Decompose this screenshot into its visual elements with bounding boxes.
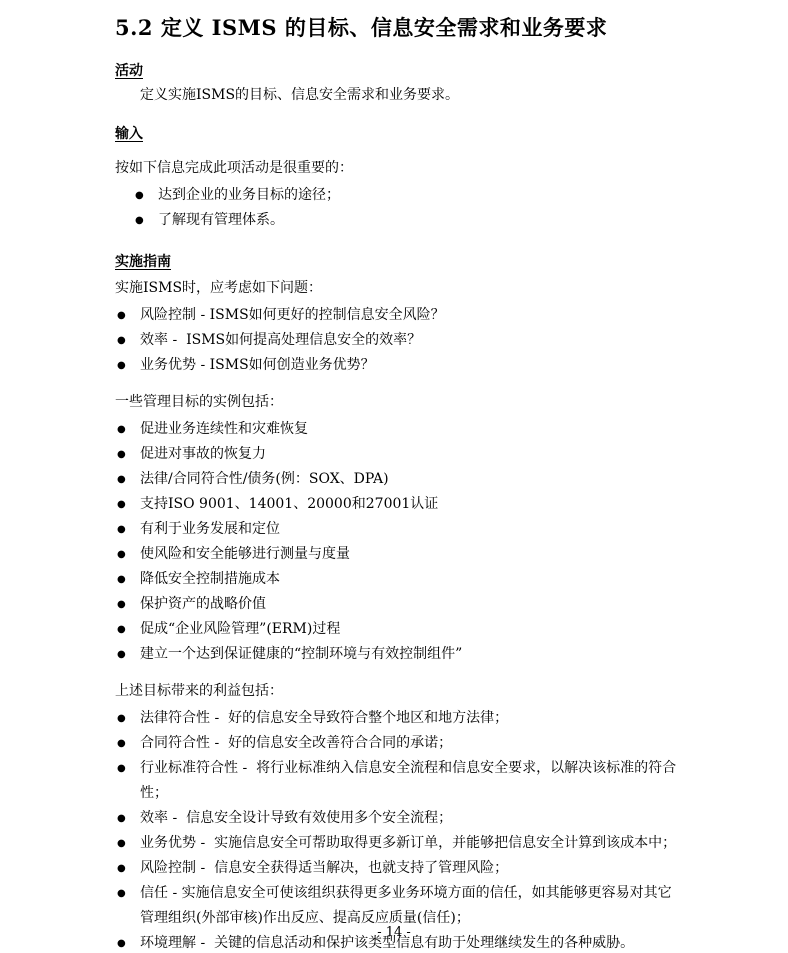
list-item: ●效率 - 信息安全设计导致有效使用多个安全流程； [115, 806, 677, 831]
list-item-text: 保护资产的战略价值 [140, 596, 266, 612]
list-item-text: 支持ISO 9001、14001、20000和27001认证 [140, 496, 438, 512]
list-item-text: 效率 - 信息安全设计导致有效使用多个安全流程； [140, 810, 452, 826]
list-item-text: 促进对事故的恢复力 [140, 446, 266, 462]
bullet-icon: ● [117, 567, 126, 592]
list-item: ●风险控制 - 信息安全获得适当解决，也就支持了管理风险； [115, 856, 677, 881]
bullet-icon: ● [135, 208, 144, 233]
list-item-text: 有利于业务发展和定位 [140, 521, 280, 537]
bullet-icon: ● [135, 183, 144, 208]
guidance-questions-list: ●风险控制 - ISMS如何更好的控制信息安全风险？ ●效率 - ISMS如何提… [115, 303, 677, 378]
input-intro: 按如下信息完成此项活动是很重要的： [115, 159, 677, 178]
list-item-text: 促成“企业风险管理”(ERM)过程 [140, 621, 340, 637]
document-content: 5.2 定义 ISMS 的目标、信息安全需求和业务要求 活动 定义实施ISMS的… [115, 0, 677, 953]
list-item: ●保护资产的战略价值 [115, 592, 677, 617]
list-item-text: 了解现有管理体系。 [158, 212, 284, 228]
list-item: ●业务优势 - 实施信息安全可帮助取得更多新订单，并能够把信息安全计算到该成本中… [115, 831, 677, 856]
list-item-text: 风险控制 - 信息安全获得适当解决，也就支持了管理风险； [140, 860, 508, 876]
list-item-text: 建立一个达到保证健康的“控制环境与有效控制组件” [140, 646, 462, 662]
list-item: ●使风险和安全能够进行测量与度量 [115, 542, 677, 567]
list-item: ●促成“企业风险管理”(ERM)过程 [115, 617, 677, 642]
bullet-icon: ● [117, 831, 126, 856]
objectives-list: ●促进业务连续性和灾难恢复 ●促进对事故的恢复力 ●法律/合同符合性/债务(例：… [115, 417, 677, 667]
list-item: ●支持ISO 9001、14001、20000和27001认证 [115, 492, 677, 517]
bullet-icon: ● [117, 617, 126, 642]
list-item-text: 信任 - 实施信息安全可使该组织获得更多业务环境方面的信任，如其能够更容易对其它… [140, 885, 672, 926]
bullet-icon: ● [117, 706, 126, 731]
bullet-icon: ● [117, 353, 126, 378]
bullet-icon: ● [117, 642, 126, 667]
list-item-text: 业务优势 - 实施信息安全可帮助取得更多新订单，并能够把信息安全计算到该成本中； [140, 835, 676, 851]
page-number: - 14 - [0, 924, 788, 942]
bullet-icon: ● [117, 592, 126, 617]
bullet-icon: ● [117, 492, 126, 517]
bullet-icon: ● [117, 731, 126, 756]
list-item: ●法律符合性 - 好的信息安全导致符合整个地区和地方法律； [115, 706, 677, 731]
list-item: ●有利于业务发展和定位 [115, 517, 677, 542]
document-page: 5.2 定义 ISMS 的目标、信息安全需求和业务要求 活动 定义实施ISMS的… [0, 0, 788, 953]
objectives-intro: 一些管理目标的实例包括： [115, 393, 677, 412]
bullet-icon: ● [117, 328, 126, 353]
list-item-text: 法律/合同符合性/债务(例：SOX、DPA) [140, 471, 389, 487]
list-item-text: 行业标准符合性 - 将行业标准纳入信息安全流程和信息安全要求，以解决该标准的符合… [140, 760, 676, 801]
list-item: ●促进对事故的恢复力 [115, 442, 677, 467]
bullet-icon: ● [117, 542, 126, 567]
list-item-text: 业务优势 - ISMS如何创造业务优势？ [140, 357, 375, 373]
list-item-text: 达到企业的业务目标的途径； [158, 187, 340, 203]
guidance-heading: 实施指南 [115, 253, 677, 272]
list-item-text: 效率 - ISMS如何提高处理信息安全的效率？ [140, 332, 421, 348]
bullet-icon: ● [117, 856, 126, 881]
list-item: ●法律/合同符合性/债务(例：SOX、DPA) [115, 467, 677, 492]
list-item-text: 风险控制 - ISMS如何更好的控制信息安全风险？ [140, 307, 445, 323]
list-item: ●建立一个达到保证健康的“控制环境与有效控制组件” [115, 642, 677, 667]
bullet-icon: ● [117, 756, 126, 781]
list-item: ●风险控制 - ISMS如何更好的控制信息安全风险？ [115, 303, 677, 328]
list-item: ●合同符合性 - 好的信息安全改善符合合同的承诺； [115, 731, 677, 756]
list-item: ●促进业务连续性和灾难恢复 [115, 417, 677, 442]
activity-body: 定义实施ISMS的目标、信息安全需求和业务要求。 [115, 86, 677, 105]
list-item-text: 合同符合性 - 好的信息安全改善符合合同的承诺； [140, 735, 452, 751]
list-item-text: 降低安全控制措施成本 [140, 571, 280, 587]
input-list: ●达到企业的业务目标的途径； ●了解现有管理体系。 [115, 183, 677, 233]
list-item: ●了解现有管理体系。 [115, 208, 677, 233]
bullet-icon: ● [117, 442, 126, 467]
benefits-intro: 上述目标带来的利益包括： [115, 682, 677, 701]
bullet-icon: ● [117, 303, 126, 328]
activity-heading: 活动 [115, 62, 677, 81]
list-item: ●效率 - ISMS如何提高处理信息安全的效率？ [115, 328, 677, 353]
list-item: ●行业标准符合性 - 将行业标准纳入信息安全流程和信息安全要求，以解决该标准的符… [115, 756, 677, 806]
list-item: ●达到企业的业务目标的途径； [115, 183, 677, 208]
bullet-icon: ● [117, 806, 126, 831]
list-item: ●降低安全控制措施成本 [115, 567, 677, 592]
section-title: 5.2 定义 ISMS 的目标、信息安全需求和业务要求 [115, 14, 677, 42]
list-item-text: 使风险和安全能够进行测量与度量 [140, 546, 350, 562]
bullet-icon: ● [117, 881, 126, 906]
bullet-icon: ● [117, 467, 126, 492]
list-item-text: 促进业务连续性和灾难恢复 [140, 421, 308, 437]
bullet-icon: ● [117, 417, 126, 442]
benefits-list: ●法律符合性 - 好的信息安全导致符合整个地区和地方法律； ●合同符合性 - 好… [115, 706, 677, 953]
list-item-text: 法律符合性 - 好的信息安全导致符合整个地区和地方法律； [140, 710, 508, 726]
list-item: ●业务优势 - ISMS如何创造业务优势？ [115, 353, 677, 378]
guidance-questions-intro: 实施ISMS时，应考虑如下问题： [115, 279, 677, 298]
bullet-icon: ● [117, 517, 126, 542]
input-heading: 输入 [115, 125, 677, 144]
